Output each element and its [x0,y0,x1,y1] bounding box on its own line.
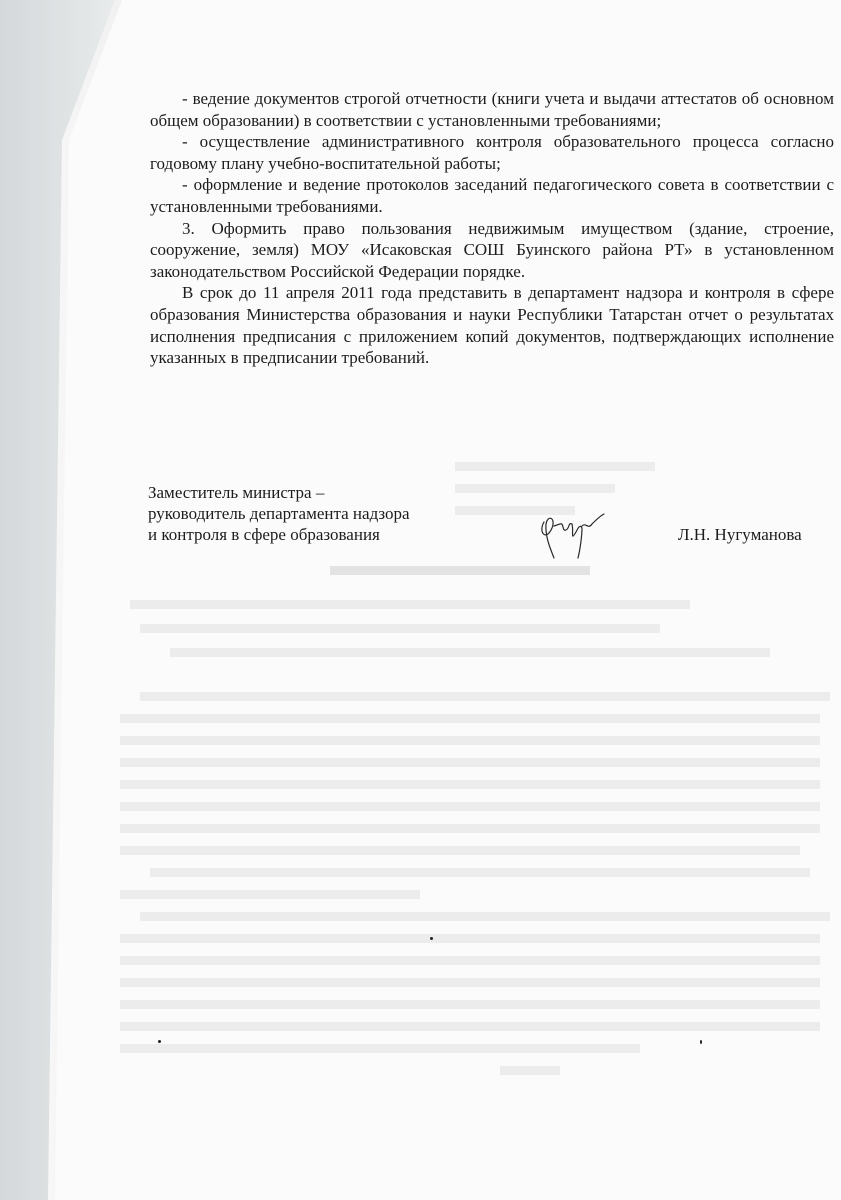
paragraph-protocols: - оформление и ведение протоколов заседа… [150,174,834,217]
paragraph-record-keeping: - ведение документов строгой отчетности … [150,88,834,131]
signature-block: Заместитель министра – руководитель депа… [148,482,838,562]
signatory-name: Л.Н. Нугуманова [678,524,802,545]
signatory-title: Заместитель министра – руководитель депа… [148,482,448,545]
scan-speck [700,1040,702,1044]
signatory-title-line: Заместитель министра – [148,482,448,503]
signatory-title-line: и контроля в сфере образования [148,524,448,545]
signatory-title-line: руководитель департамента надзора [148,503,448,524]
document-body: - ведение документов строгой отчетности … [150,88,834,369]
paragraph-property-rights: 3. Оформить право пользования недвижимым… [150,218,834,283]
paragraph-administrative-control: - осуществление административного контро… [150,131,834,174]
scan-speck [430,937,433,940]
scan-speck [158,1040,161,1043]
handwritten-signature-icon [536,502,606,562]
folded-page-edge [0,0,150,1200]
paragraph-report-deadline: В срок до 11 апреля 2011 года представит… [150,282,834,368]
